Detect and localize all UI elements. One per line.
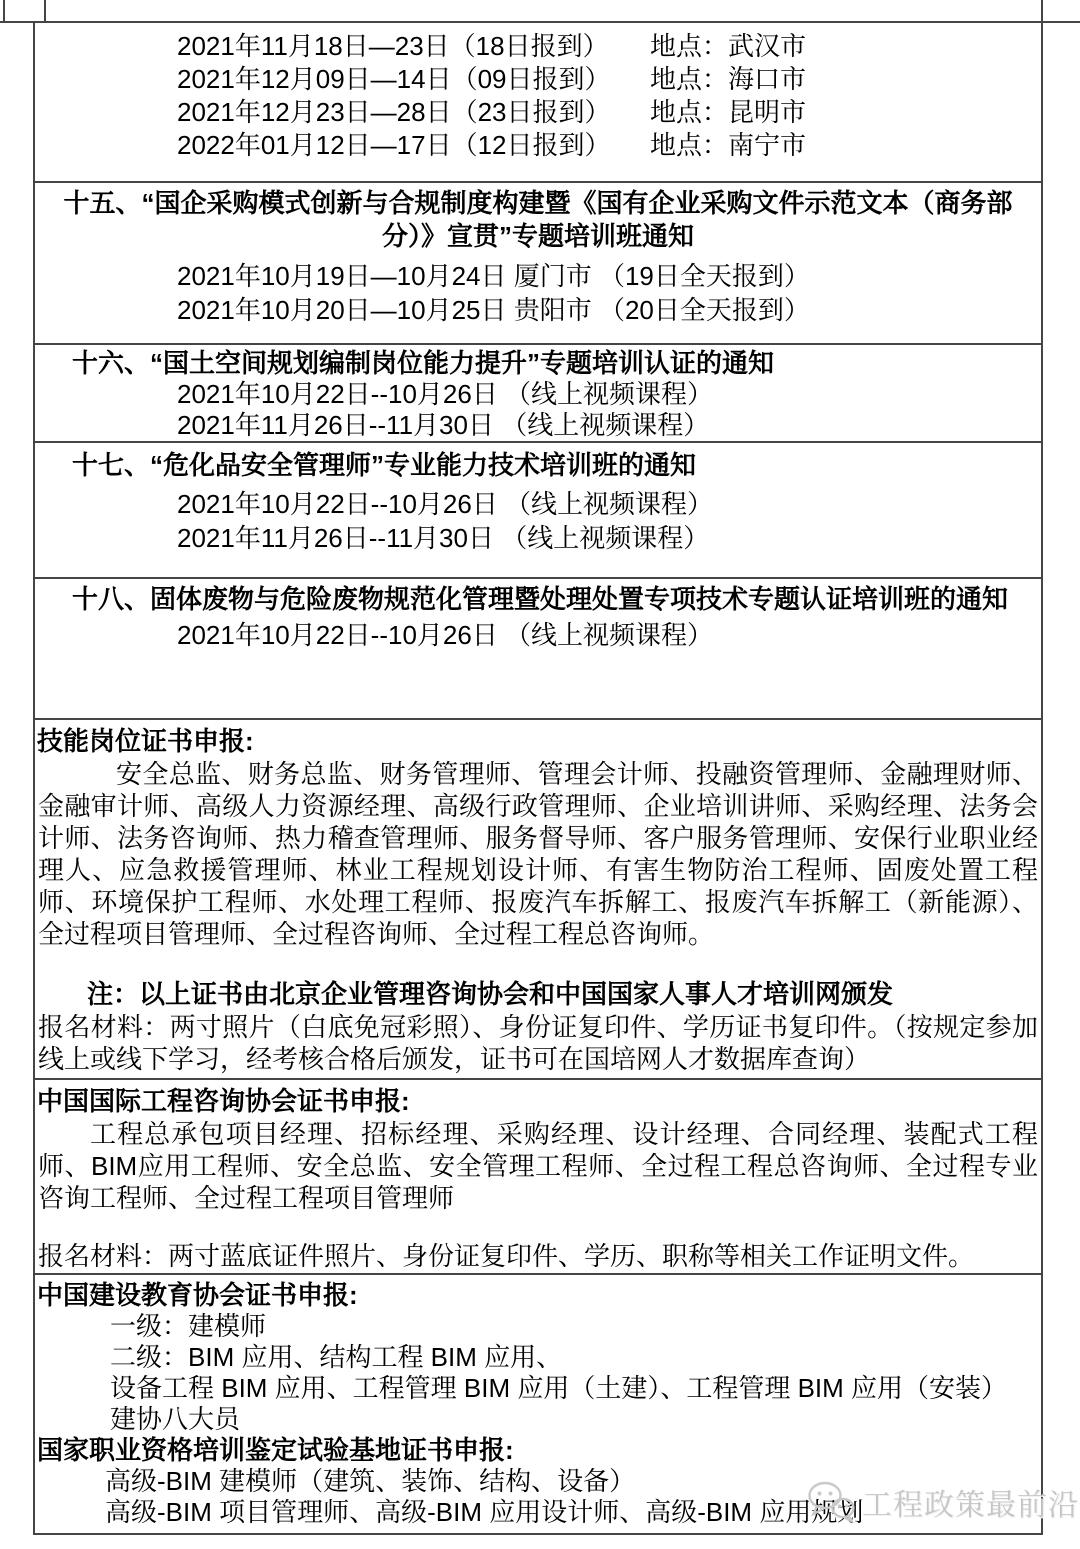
section-18-title: 十八、固体废物与危险废物规范化管理暨处理处置专项技术专题认证培训班的通知	[35, 579, 1041, 616]
schedule-line: 2022年01月12日—17日（12日报到） 地点：南宁市	[35, 129, 1041, 162]
session-date: 2021年11月26日--11月30日 （线上视频课程）	[35, 521, 1041, 555]
session-date: 2021年10月19日—10月24日 厦门市 （19日全天报到）	[35, 259, 1041, 293]
wechat-icon	[806, 1481, 856, 1523]
section-16-dates: 2021年10月22日--10月26日 （线上视频课程） 2021年11月26日…	[35, 379, 1041, 441]
schedule-date: 2022年01月12日—17日（12日报到）	[177, 130, 611, 160]
notice-table: 2021年11月18日—23日（18日报到） 地点：武汉市 2021年12月09…	[33, 23, 1043, 1535]
section-16-title: 十六、“国土空间规划编制岗位能力提升”专题培训认证的通知	[35, 345, 1041, 379]
section-15-title: 十五、“国企采购模式创新与合规制度构建暨《国有企业采购文件示范文本（商务部 分）…	[35, 183, 1041, 253]
schedule-date: 2021年11月18日—23日（18日报到）	[177, 31, 609, 61]
skill-certs-materials: 报名材料：两寸照片（白底免冠彩照）、身份证复印件、学历证书复印件。（按规定参加线…	[38, 1011, 1038, 1075]
session-date: 2021年10月22日--10月26日 （线上视频课程）	[35, 379, 1041, 410]
watermark: 工程政策最前沿	[806, 1480, 1079, 1524]
intl-certs-list: 工程总承包项目经理、招标经理、采购经理、设计经理、合同经理、装配式工程师、BIM…	[38, 1118, 1038, 1214]
schedule-line: 2021年11月18日—23日（18日报到） 地点：武汉市	[35, 30, 1041, 63]
section-17-dates: 2021年10月22日--10月26日 （线上视频课程） 2021年11月26日…	[35, 487, 1041, 555]
section-17-row: 十七、“危化品安全管理师”专业能力技术培训班的通知 2021年10月22日--1…	[35, 443, 1041, 579]
session-date: 2021年10月22日--10月26日 （线上视频课程）	[35, 618, 1041, 652]
schedule-row: 2021年11月18日—23日（18日报到） 地点：武汉市 2021年12月09…	[35, 23, 1041, 183]
section-18-dates: 2021年10月22日--10月26日 （线上视频课程）	[35, 618, 1041, 652]
skill-certs-row: 技能岗位证书申报: 安全总监、财务总监、财务管理师、管理会计师、投融资管理师、金…	[35, 720, 1041, 1080]
intl-certs-row: 中国国际工程咨询协会证书申报: 工程总承包项目经理、招标经理、采购经理、设计经理…	[35, 1080, 1041, 1275]
schedule-location: 地点：南宁市	[650, 129, 806, 162]
schedule-line: 2021年12月09日—14日（09日报到） 地点：海口市	[35, 63, 1041, 96]
table-grid-line-cell	[44, 0, 46, 21]
schedule-line: 2021年12月23日—28日（23日报到） 地点：昆明市	[35, 96, 1041, 129]
schedule-location: 地点：海口市	[650, 63, 806, 96]
session-date: 2021年10月20日—10月25日 贵阳市 （20日全天报到）	[35, 293, 1041, 327]
national-certs-heading: 国家职业资格培训鉴定试验基地证书申报:	[35, 1435, 1041, 1466]
intl-certs-heading: 中国国际工程咨询协会证书申报:	[35, 1085, 1041, 1118]
section-15-title-line2: 分）》宣贯”专题培训班通知	[57, 220, 1019, 253]
section-15-dates: 2021年10月19日—10月24日 厦门市 （19日全天报到） 2021年10…	[35, 259, 1041, 327]
section-18-row: 十八、固体废物与危险废物规范化管理暨处理处置专项技术专题认证培训班的通知 202…	[35, 579, 1041, 720]
schedule-date: 2021年12月09日—14日（09日报到）	[177, 64, 611, 94]
schedule-location: 地点：武汉市	[650, 30, 806, 63]
section-15-row: 十五、“国企采购模式创新与合规制度构建暨《国有企业采购文件示范文本（商务部 分）…	[35, 183, 1041, 345]
edu-certs-line: 设备工程 BIM 应用、工程管理 BIM 应用（土建）、工程管理 BIM 应用（…	[35, 1373, 1041, 1404]
schedule-location: 地点：昆明市	[650, 96, 806, 129]
skill-certs-heading: 技能岗位证书申报:	[35, 725, 1041, 758]
document-page: 2021年11月18日—23日（18日报到） 地点：武汉市 2021年12月09…	[0, 0, 1080, 1549]
edu-certs-line: 二级：BIM 应用、结构工程 BIM 应用、	[35, 1342, 1041, 1373]
table-grid-line-right	[1041, 0, 1043, 21]
watermark-text: 工程政策最前沿	[862, 1480, 1079, 1524]
section-15-title-line1: 十五、“国企采购模式创新与合规制度构建暨《国有企业采购文件示范文本（商务部	[57, 187, 1019, 220]
table-grid-line-left	[3, 0, 5, 21]
section-16-row: 十六、“国土空间规划编制岗位能力提升”专题培训认证的通知 2021年10月22日…	[35, 345, 1041, 443]
edu-certs-line: 一级：建模师	[35, 1311, 1041, 1342]
session-date: 2021年10月22日--10月26日 （线上视频课程）	[35, 487, 1041, 521]
edu-certs-line: 建协八大员	[35, 1404, 1041, 1435]
skill-certs-list: 安全总监、财务总监、财务管理师、管理会计师、投融资管理师、金融理财师、金融审计师…	[38, 758, 1038, 950]
skill-certs-note: 注：以上证书由北京企业管理咨询协会和中国国家人事人才培训网颁发	[35, 978, 1041, 1011]
session-date: 2021年11月26日--11月30日 （线上视频课程）	[35, 410, 1041, 441]
edu-certs-heading: 中国建设教育协会证书申报:	[35, 1280, 1041, 1311]
schedule-date: 2021年12月23日—28日（23日报到）	[177, 97, 611, 127]
intl-certs-materials: 报名材料：两寸蓝底证件照片、身份证复印件、学历、职称等相关工作证明文件。	[38, 1240, 1038, 1272]
section-17-title: 十七、“危化品安全管理师”专业能力技术培训班的通知	[35, 443, 1041, 482]
